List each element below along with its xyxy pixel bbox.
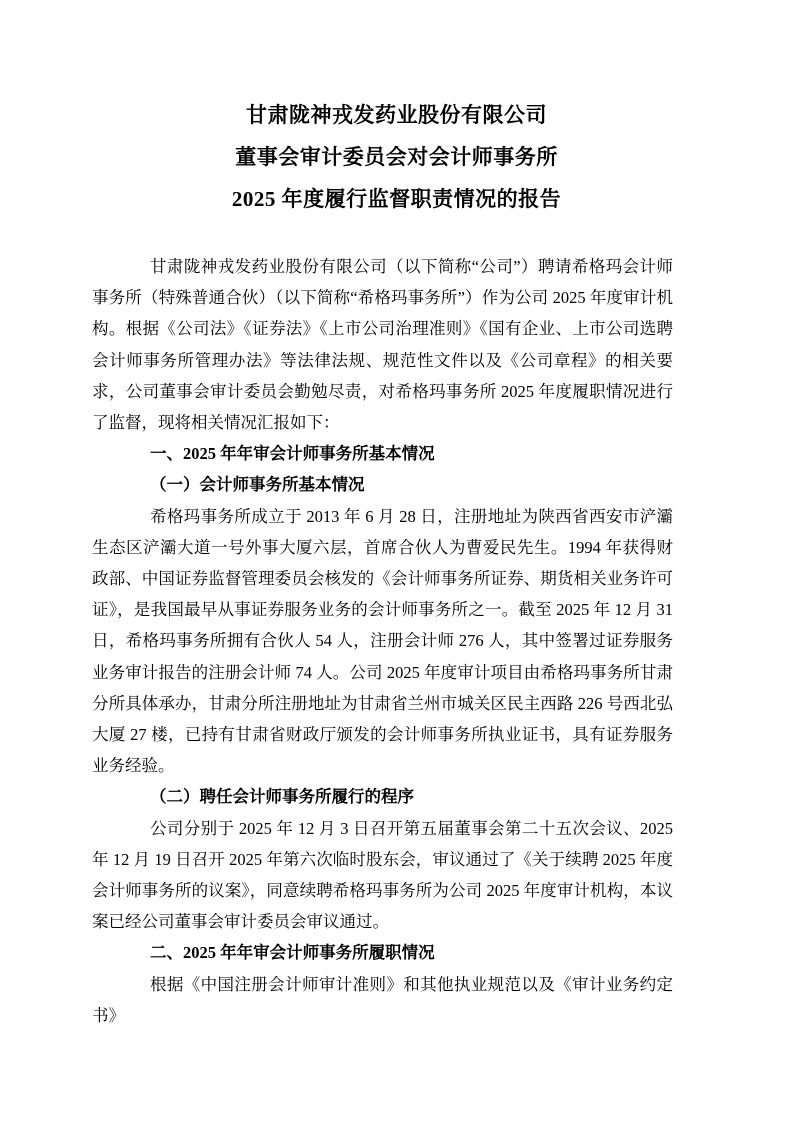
heading-section-2: 二、2025 年年审会计师事务所履职情况	[92, 937, 673, 968]
heading-section-1: 一、2025 年年审会计师事务所基本情况	[92, 438, 673, 469]
title-line-3: 2025 年度履行监督职责情况的报告	[0, 178, 793, 220]
document-body: 甘肃陇神戎发药业股份有限公司（以下简称“公司”）聘请希格玛会计师事务所（特殊普通…	[92, 251, 673, 1031]
document-page: 甘肃陇神戎发药业股份有限公司 董事会审计委员会对会计师事务所 2025 年度履行…	[0, 0, 793, 1122]
heading-sub-1-1: （一）会计师事务所基本情况	[92, 469, 673, 500]
heading-sub-1-2: （二）聘任会计师事务所履行的程序	[92, 781, 673, 812]
document-title: 甘肃陇神戎发药业股份有限公司 董事会审计委员会对会计师事务所 2025 年度履行…	[0, 0, 793, 220]
paragraph-firm-profile: 希格玛事务所成立于 2013 年 6 月 28 日，注册地址为陕西省西安市浐灞生…	[92, 501, 673, 782]
paragraph-intro: 甘肃陇神戎发药业股份有限公司（以下简称“公司”）聘请希格玛会计师事务所（特殊普通…	[92, 251, 673, 438]
title-line-1: 甘肃陇神戎发药业股份有限公司	[0, 94, 793, 136]
paragraph-duty-performance: 根据《中国注册会计师审计准则》和其他执业规范以及《审计业务约定书》	[92, 969, 673, 1031]
title-line-2: 董事会审计委员会对会计师事务所	[0, 136, 793, 178]
paragraph-appointment-procedure: 公司分别于 2025 年 12 月 3 日召开第五届董事会第二十五次会议、202…	[92, 813, 673, 938]
